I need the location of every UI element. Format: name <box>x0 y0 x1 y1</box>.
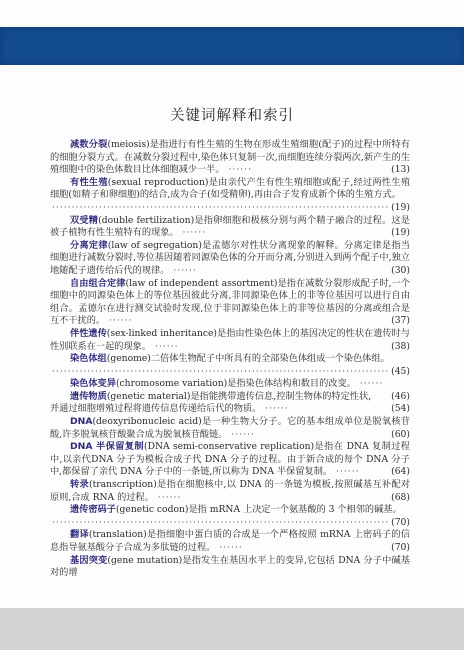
glossary-entry: 双受精(double fertilization)是指卵细胞和极核分别与两个精子… <box>50 215 410 240</box>
page-number: (45) <box>391 366 410 379</box>
leader-dots: ······ <box>105 315 132 326</box>
page-reference: ······ (60) <box>227 429 254 440</box>
glossary-entry: DNA(deoxyribonucleic acid)是一种生物大分子。它的基本组… <box>50 416 410 441</box>
glossary-entry: 有性生殖(sexual reproduction)是由亲代产生有性生殖细胞或配子… <box>50 177 410 202</box>
glossary-term: 双受精 <box>70 215 98 226</box>
page-reference: ······ (46) <box>356 378 383 389</box>
leader-dots: ······ <box>332 466 359 477</box>
glossary-term: 染色体组 <box>70 353 107 364</box>
leader-dots: ······ <box>225 164 252 175</box>
page-number: (19) <box>371 227 410 240</box>
page-number: (70) <box>391 517 410 530</box>
glossary-entry: 基因突变(gene mutation)是指发生在基因水平上的变异,它包括 DNA… <box>50 555 410 580</box>
page-reference: (45) <box>50 366 410 379</box>
leader-dots: ······ <box>215 542 242 553</box>
glossary-entry: DNA 半保留复制(DNA semi-conservative replicat… <box>50 441 410 479</box>
page-number: (70) <box>371 542 410 555</box>
page-reference: ······ (30) <box>169 265 196 276</box>
page-number: (54) <box>371 403 410 416</box>
glossary-term: 转录 <box>70 479 89 490</box>
glossary-entry: 遗传物质(genetic material)是指能携带遗传信息,控制生物体的特定… <box>50 391 410 416</box>
glossary-entry: 转录(transcription)是指在细胞核中,以 DNA 的一条链为模板,按… <box>50 479 410 504</box>
glossary-definition: (chromosome variation)是指染色体结构和数目的改变。 <box>116 378 356 389</box>
page-reference: ······ (19) <box>179 227 206 238</box>
page-reference: ······ (68) <box>154 492 181 503</box>
glossary-term: 遗传物质 <box>70 391 107 402</box>
page-reference: ······ (54) <box>261 403 288 414</box>
glossary-term: 自由组合定律 <box>70 278 126 289</box>
page-number: (38) <box>371 341 410 354</box>
glossary-definition: (double fertilization)是指卵细胞和极核分别与两个精子融合的… <box>50 215 410 239</box>
glossary-term: 减数分裂 <box>70 139 107 150</box>
glossary-entry: 染色体组(genome)二倍体生物配子中所具有的全部染色体组成一个染色体组。 <box>50 353 410 366</box>
page-number: (37) <box>371 315 410 328</box>
leader-dots <box>52 517 389 530</box>
leader-dots: ······ <box>169 265 196 276</box>
page-reference: (19) <box>50 202 410 215</box>
glossary-list: 减数分裂(meiosis)是指进行有性生殖的生物在形成生殖细胞(配子)的过程中所… <box>50 139 410 580</box>
page-number: (19) <box>391 202 410 215</box>
glossary-entry: 遗传密码子(genetic codon)是指 mRNA 上决定一个氨基酸的 3 … <box>50 504 410 517</box>
leader-dots: ······ <box>261 403 288 414</box>
page-number: (60) <box>371 429 410 442</box>
glossary-term: DNA <box>70 416 92 427</box>
book-page: 关键词解释和索引 减数分裂(meiosis)是指进行有性生殖的生物在形成生殖细胞… <box>0 0 464 608</box>
leader-dots: ······ <box>356 378 383 389</box>
page-number: (13) <box>371 164 410 177</box>
page-number: (46) <box>371 391 410 404</box>
glossary-entry: 染色体变异(chromosome variation)是指染色体结构和数目的改变… <box>50 378 410 391</box>
glossary-term: 伴性遗传 <box>70 328 107 339</box>
leader-dots: ······ <box>179 227 206 238</box>
glossary-entry: 自由组合定律(law of independent assortment)是指在… <box>50 278 410 328</box>
leader-dots: ······ <box>151 341 178 352</box>
leader-dots <box>52 366 389 379</box>
glossary-definition: (genome)二倍体生物配子中所具有的全部染色体组成一个染色体组。 <box>107 353 390 364</box>
glossary-definition: (transcription)是指在细胞核中,以 DNA 的一条链为模板,按照碱… <box>50 479 410 503</box>
glossary-term: 染色体变异 <box>70 378 116 389</box>
page-reference: ······ (13) <box>225 164 252 175</box>
page-reference: ······ (38) <box>151 341 178 352</box>
page-number: (64) <box>371 466 410 479</box>
page-reference: (70) <box>50 517 410 530</box>
glossary-definition: (genetic codon)是指 mRNA 上决定一个氨基酸的 3 个相邻的碱… <box>116 504 402 515</box>
glossary-entry: 伴性遗传(sex-linked inheritance)是指由性染色体上的基因决… <box>50 328 410 353</box>
glossary-term: 基因突变 <box>70 555 107 566</box>
glossary-entry: 减数分裂(meiosis)是指进行有性生殖的生物在形成生殖细胞(配子)的过程中所… <box>50 139 410 177</box>
page-title: 关键词解释和索引 <box>0 104 464 125</box>
glossary-term: 翻译 <box>70 529 89 540</box>
glossary-term: DNA 半保留复制 <box>70 441 144 452</box>
page-reference: ······ (37) <box>105 315 132 326</box>
glossary-entry: 翻译(translation)是指细胞中蛋白质的合成是一个严格按照 mRNA 上… <box>50 529 410 554</box>
glossary-entry: 分离定律(law of segregation)是孟德尔对性状分离现象的解释。分… <box>50 240 410 278</box>
leader-dots: ······ <box>154 492 181 503</box>
glossary-term: 有性生殖 <box>70 177 108 188</box>
leader-dots: ······ <box>227 429 254 440</box>
page-reference: ······ (70) <box>215 542 242 553</box>
glossary-term: 分离定律 <box>70 240 108 251</box>
header-band <box>0 27 464 65</box>
leader-dots <box>52 202 389 215</box>
page-number: (68) <box>371 492 410 505</box>
page-reference: ······ (64) <box>332 466 359 477</box>
glossary-term: 遗传密码子 <box>70 504 116 515</box>
page-number: (30) <box>371 265 410 278</box>
